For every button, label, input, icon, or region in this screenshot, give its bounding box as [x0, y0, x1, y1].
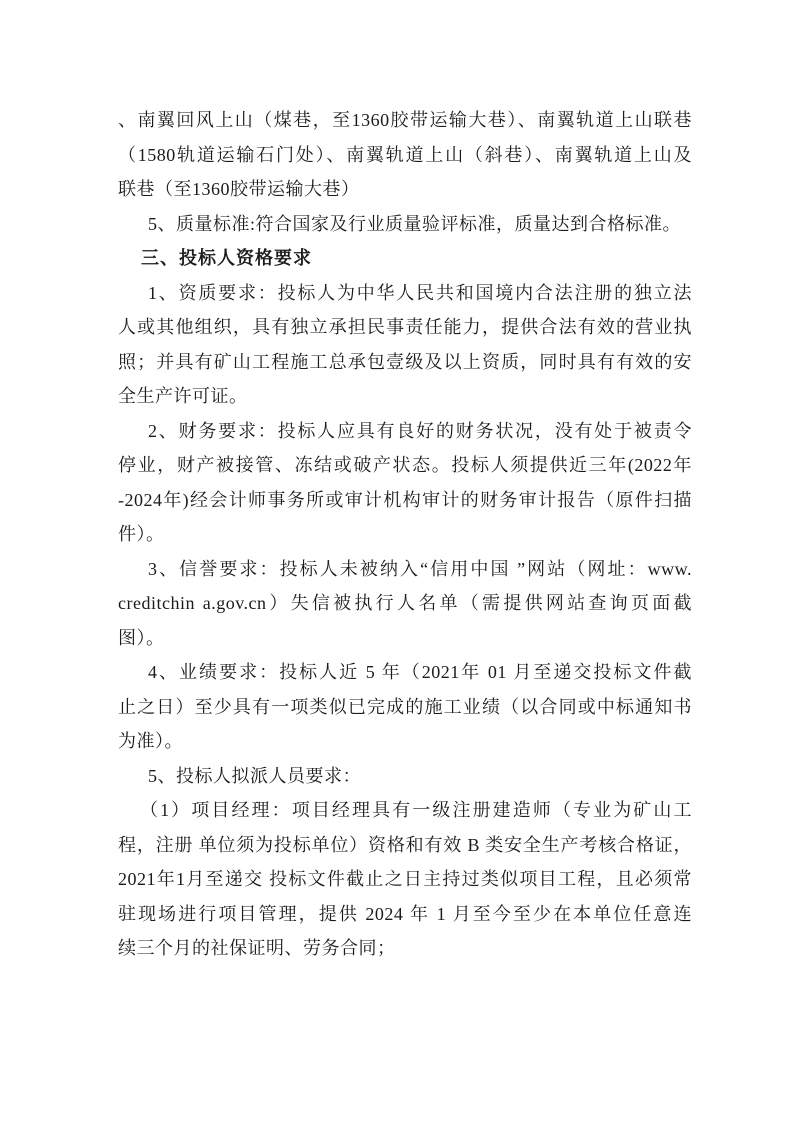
text-line: 驻现场进行项目管理，提供 2024 年 1 月至今至少在本单位任意连 — [118, 897, 692, 932]
text-line: 、南翼回风上山（煤巷，至1360胶带运输大巷）、南翼轨道上山联巷 — [118, 103, 692, 138]
text-line: 1、资质要求：投标人为中华人民共和国境内合法注册的独立法 — [118, 276, 692, 311]
text-line: 图）。 — [118, 621, 692, 656]
text-line: creditchin a.gov.cn）失信被执行人名单（需提供网站查询页面截 — [118, 586, 692, 621]
text-line: 停业，财产被接管、冻结或破产状态。投标人须提供近三年(2022年 — [118, 448, 692, 483]
text-line: （1）项目经理：项目经理具有一级注册建造师（专业为矿山工 — [118, 793, 692, 828]
text-line: 4、业绩要求：投标人近 5 年（2021年 01 月至递交投标文件截 — [118, 655, 692, 690]
text-line: 联巷（至1360胶带运输大巷） — [118, 172, 692, 207]
text-line: -2024年)经会计师事务所或审计机构审计的财务审计报告（原件扫描 — [118, 483, 692, 518]
text-line: 3、信誉要求：投标人未被纳入“信用中国 ”网站（网址：www. — [118, 552, 692, 587]
text-line: 止之日）至少具有一项类似已完成的施工业绩（以合同或中标通知书 — [118, 690, 692, 725]
text-line: 5、质量标准:符合国家及行业质量验评标准，质量达到合格标准。 — [118, 207, 692, 242]
text-line: 件）。 — [118, 517, 692, 552]
text-line: 2021年1月至递交 投标文件截止之日主持过类似项目工程，且必须常 — [118, 862, 692, 897]
section-heading: 三、投标人资格要求 — [118, 241, 692, 276]
text-line: 续三个月的社保证明、劳务合同； — [118, 931, 692, 966]
text-column: 、南翼回风上山（煤巷，至1360胶带运输大巷）、南翼轨道上山联巷（1580轨道运… — [118, 103, 692, 966]
text-line: 全生产许可证。 — [118, 379, 692, 414]
text-line: 为准）。 — [118, 724, 692, 759]
text-line: 程，注册 单位须为投标单位）资格和有效 B 类安全生产考核合格证， — [118, 828, 692, 863]
text-line: 人或其他组织，具有独立承担民事责任能力，提供合法有效的营业执 — [118, 310, 692, 345]
text-line: 2、财务要求：投标人应具有良好的财务状况，没有处于被责令 — [118, 414, 692, 449]
text-line: （1580轨道运输石门处）、南翼轨道上山（斜巷）、南翼轨道上山及 — [118, 138, 692, 173]
text-line: 5、投标人拟派人员要求： — [118, 759, 692, 794]
text-line: 照；并具有矿山工程施工总承包壹级及以上资质，同时具有有效的安 — [118, 345, 692, 380]
document-page: 、南翼回风上山（煤巷，至1360胶带运输大巷）、南翼轨道上山联巷（1580轨道运… — [0, 0, 793, 1122]
